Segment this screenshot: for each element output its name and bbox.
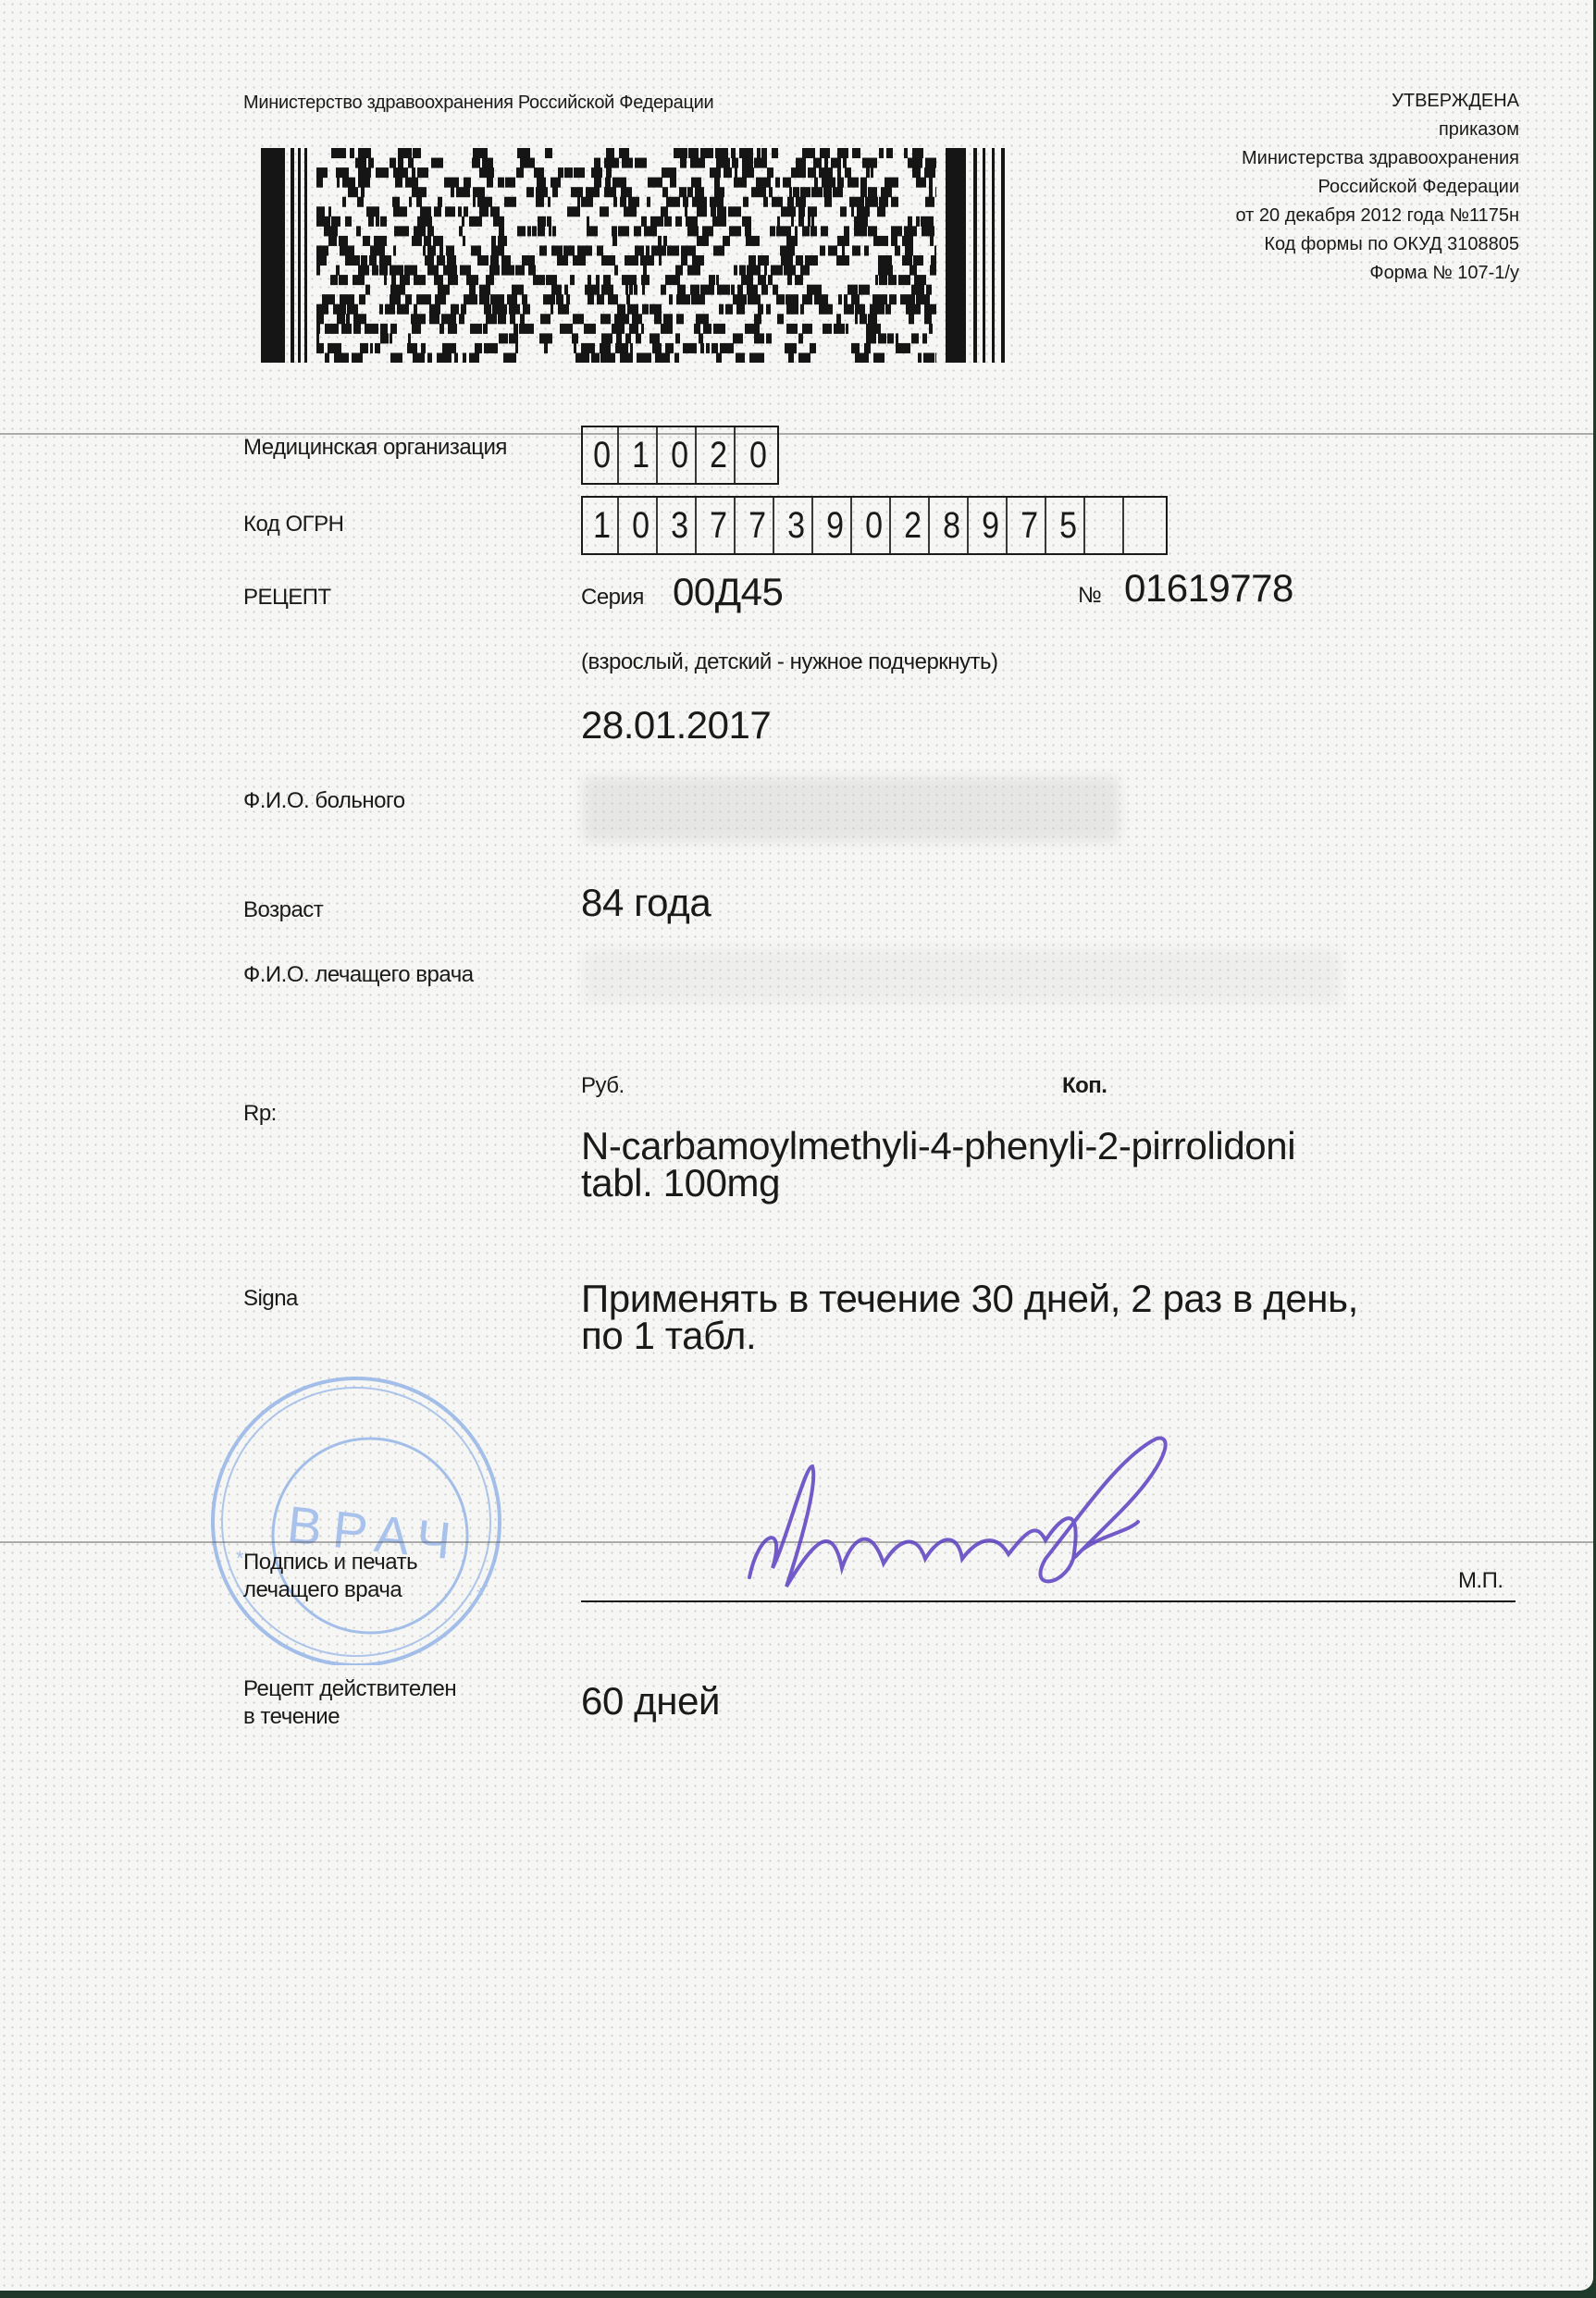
ogrn-digit: 1	[586, 498, 619, 553]
ogrn-digit: 8	[935, 498, 969, 553]
series-label: Серия	[581, 585, 644, 611]
ogrn-digit: 0	[858, 498, 891, 553]
ogrn-digit: 3	[663, 498, 697, 553]
number-label: №	[1078, 583, 1101, 609]
signature-line	[581, 1600, 1516, 1602]
medical-org-digit: 0	[663, 427, 697, 483]
ogrn-label: Код ОГРН	[243, 512, 343, 537]
medical-org-digit: 0	[741, 427, 774, 483]
fold-line	[0, 433, 1593, 435]
signature-label-2: лечащего врача	[243, 1577, 402, 1603]
rub-label: Руб.	[581, 1073, 625, 1099]
approval-line: УТВЕРЖДЕНА	[1236, 87, 1520, 116]
medical-org-digit: 0	[586, 427, 619, 483]
doctor-signature-icon	[731, 1429, 1249, 1596]
rp-label: Rp:	[243, 1101, 277, 1127]
medical-org-code: 01020	[581, 426, 779, 485]
recipe-number: 01619778	[1124, 566, 1293, 611]
approval-line: Министерства здравоохранения	[1236, 144, 1520, 173]
doctor-name-redacted	[583, 948, 1342, 1004]
recipe-type-hint: (взрослый, детский - нужное подчеркнуть)	[581, 649, 998, 675]
ogrn-code: 1037739028975	[581, 496, 1168, 555]
age-value: 84 года	[581, 883, 711, 922]
doctor-stamp-icon: ВРАЧ * *	[185, 1360, 537, 1665]
patient-name-redacted	[583, 777, 1120, 842]
approval-block: УТВЕРЖДЕНА приказом Министерства здравоо…	[1236, 87, 1520, 288]
kop-label: Коп.	[1062, 1073, 1107, 1099]
validity-value: 60 дней	[581, 1682, 720, 1721]
approval-line: Российской Федерации	[1236, 173, 1520, 202]
prescription-paper: Министерство здравоохранения Российской …	[0, 0, 1593, 2291]
medical-org-digit: 1	[625, 427, 658, 483]
ogrn-digit	[1130, 498, 1163, 553]
rp-drug-name: N-carbamoylmethyli-4-phenyli-2-pirrolido…	[581, 1127, 1295, 1166]
recipe-date: 28.01.2017	[581, 703, 771, 747]
signature-label-1: Подпись и печать	[243, 1550, 417, 1575]
patient-name-label: Ф.И.О. больного	[243, 788, 405, 814]
signa-line-2: по 1 табл.	[581, 1316, 756, 1355]
validity-label-1: Рецепт действителен	[243, 1676, 456, 1702]
ogrn-digit: 7	[702, 498, 736, 553]
series-value: 00Д45	[673, 570, 783, 614]
rp-dosage: tabl. 100mg	[581, 1164, 780, 1203]
approval-line: от 20 декабря 2012 года №1175н	[1236, 202, 1520, 230]
approval-line: приказом	[1236, 116, 1520, 144]
ministry-header: Министерство здравоохранения Российской …	[243, 93, 713, 114]
medical-org-label: Медицинская организация	[243, 435, 507, 461]
medical-org-digit: 2	[702, 427, 736, 483]
pdf417-barcode-icon	[261, 148, 1010, 363]
age-label: Возраст	[243, 897, 323, 923]
svg-text:*: *	[476, 1584, 485, 1607]
ogrn-digit: 5	[1052, 498, 1085, 553]
recipe-label: РЕЦЕПТ	[243, 585, 331, 611]
mp-label: М.П.	[1458, 1568, 1503, 1594]
ogrn-digit	[1091, 498, 1124, 553]
validity-label-2: в течение	[243, 1704, 340, 1730]
ogrn-digit: 9	[819, 498, 852, 553]
signa-label: Signa	[243, 1286, 298, 1312]
ogrn-digit: 3	[780, 498, 813, 553]
ogrn-digit: 2	[897, 498, 930, 553]
ogrn-digit: 9	[974, 498, 1008, 553]
ogrn-digit: 7	[741, 498, 774, 553]
approval-line: Форма № 107-1/у	[1236, 259, 1520, 288]
approval-line: Код формы по ОКУД 3108805	[1236, 230, 1520, 259]
doctor-name-label: Ф.И.О. лечащего врача	[243, 962, 474, 988]
ogrn-digit: 7	[1013, 498, 1046, 553]
signa-line-1: Применять в течение 30 дней, 2 раз в ден…	[581, 1279, 1358, 1318]
ogrn-digit: 0	[625, 498, 658, 553]
